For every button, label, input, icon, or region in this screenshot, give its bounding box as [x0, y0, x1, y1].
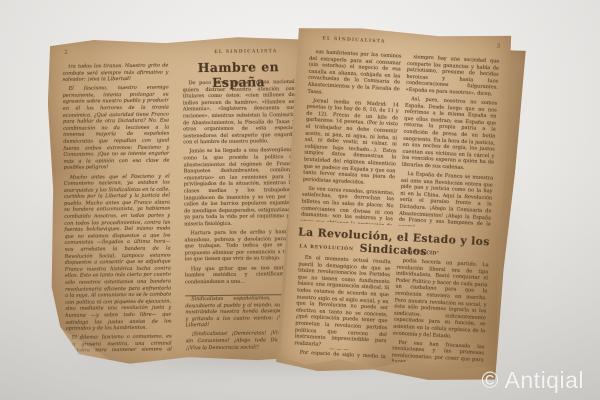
- left-editorial-column: tra todos los tiranos. Nuestro grito de …: [62, 63, 172, 352]
- paragraph: podía hacerla un partido. La revolución …: [393, 258, 489, 342]
- right-bottom-column-2: podía hacerla un partido. La revolución …: [391, 258, 488, 367]
- right-top-column-1: sus hambrientos por los caminos del estr…: [301, 49, 402, 226]
- left-page-number: 2: [64, 50, 68, 56]
- left-page: 2 EL SINDICALISTA tra todos los tiranos.…: [46, 35, 316, 366]
- right-bottom-column-1: En el momento actual resulta pueril lo d…: [294, 254, 391, 359]
- paragraph: Hartura para los de arriba y hambre, aba…: [184, 229, 296, 263]
- paragraph: Jamás se ha llegado a una desvergüenza c…: [183, 147, 296, 227]
- paragraph: sus hambrientos por los caminos del estr…: [307, 49, 401, 100]
- paragraph: Mucho antes que el Fascismo y el Comunis…: [64, 173, 172, 333]
- right-page: EL SINDICALISTA 3 sus hambrientos por lo…: [279, 24, 513, 377]
- right-running-header: EL SINDICALISTA: [322, 36, 385, 44]
- paragraph: Jornal medio en Madrid: 14 pesetas (y lo…: [303, 97, 399, 187]
- paragraph: Se ven caras rosadas, grasientas, satisf…: [301, 185, 395, 225]
- paragraph: Así, pues, nosotros no somos España. Des…: [402, 96, 498, 173]
- right-page-number: 3: [496, 43, 500, 49]
- product-photo-scene: 2 EL SINDICALISTA tra todos los tiranos.…: [0, 0, 600, 400]
- paragraph: siempre hay una sociedad que comparte la…: [406, 54, 500, 98]
- paragraph: La España de Franco se muestra así ante …: [399, 171, 494, 231]
- watermark: © Antiqial: [481, 367, 584, 394]
- paragraph: De poco sirve que la Prensa nacional qui…: [183, 79, 296, 146]
- paragraph: En el momento actual resulta pueril lo d…: [294, 254, 391, 351]
- paragraph: El fascismo, nuestro enemigo permanente,…: [63, 85, 170, 172]
- paragraph: Hay que gritar que se nos mata de hambre…: [185, 264, 297, 285]
- right-top-column-2: siempre hay una sociedad que comparte la…: [399, 54, 500, 231]
- article-body-column: De poco sirve que la Prensa nacional qui…: [183, 79, 298, 290]
- paragraph: tra todos los tiranos. Nuestro grito de …: [62, 63, 168, 84]
- left-running-header: EL SINDICALISTA: [214, 49, 277, 55]
